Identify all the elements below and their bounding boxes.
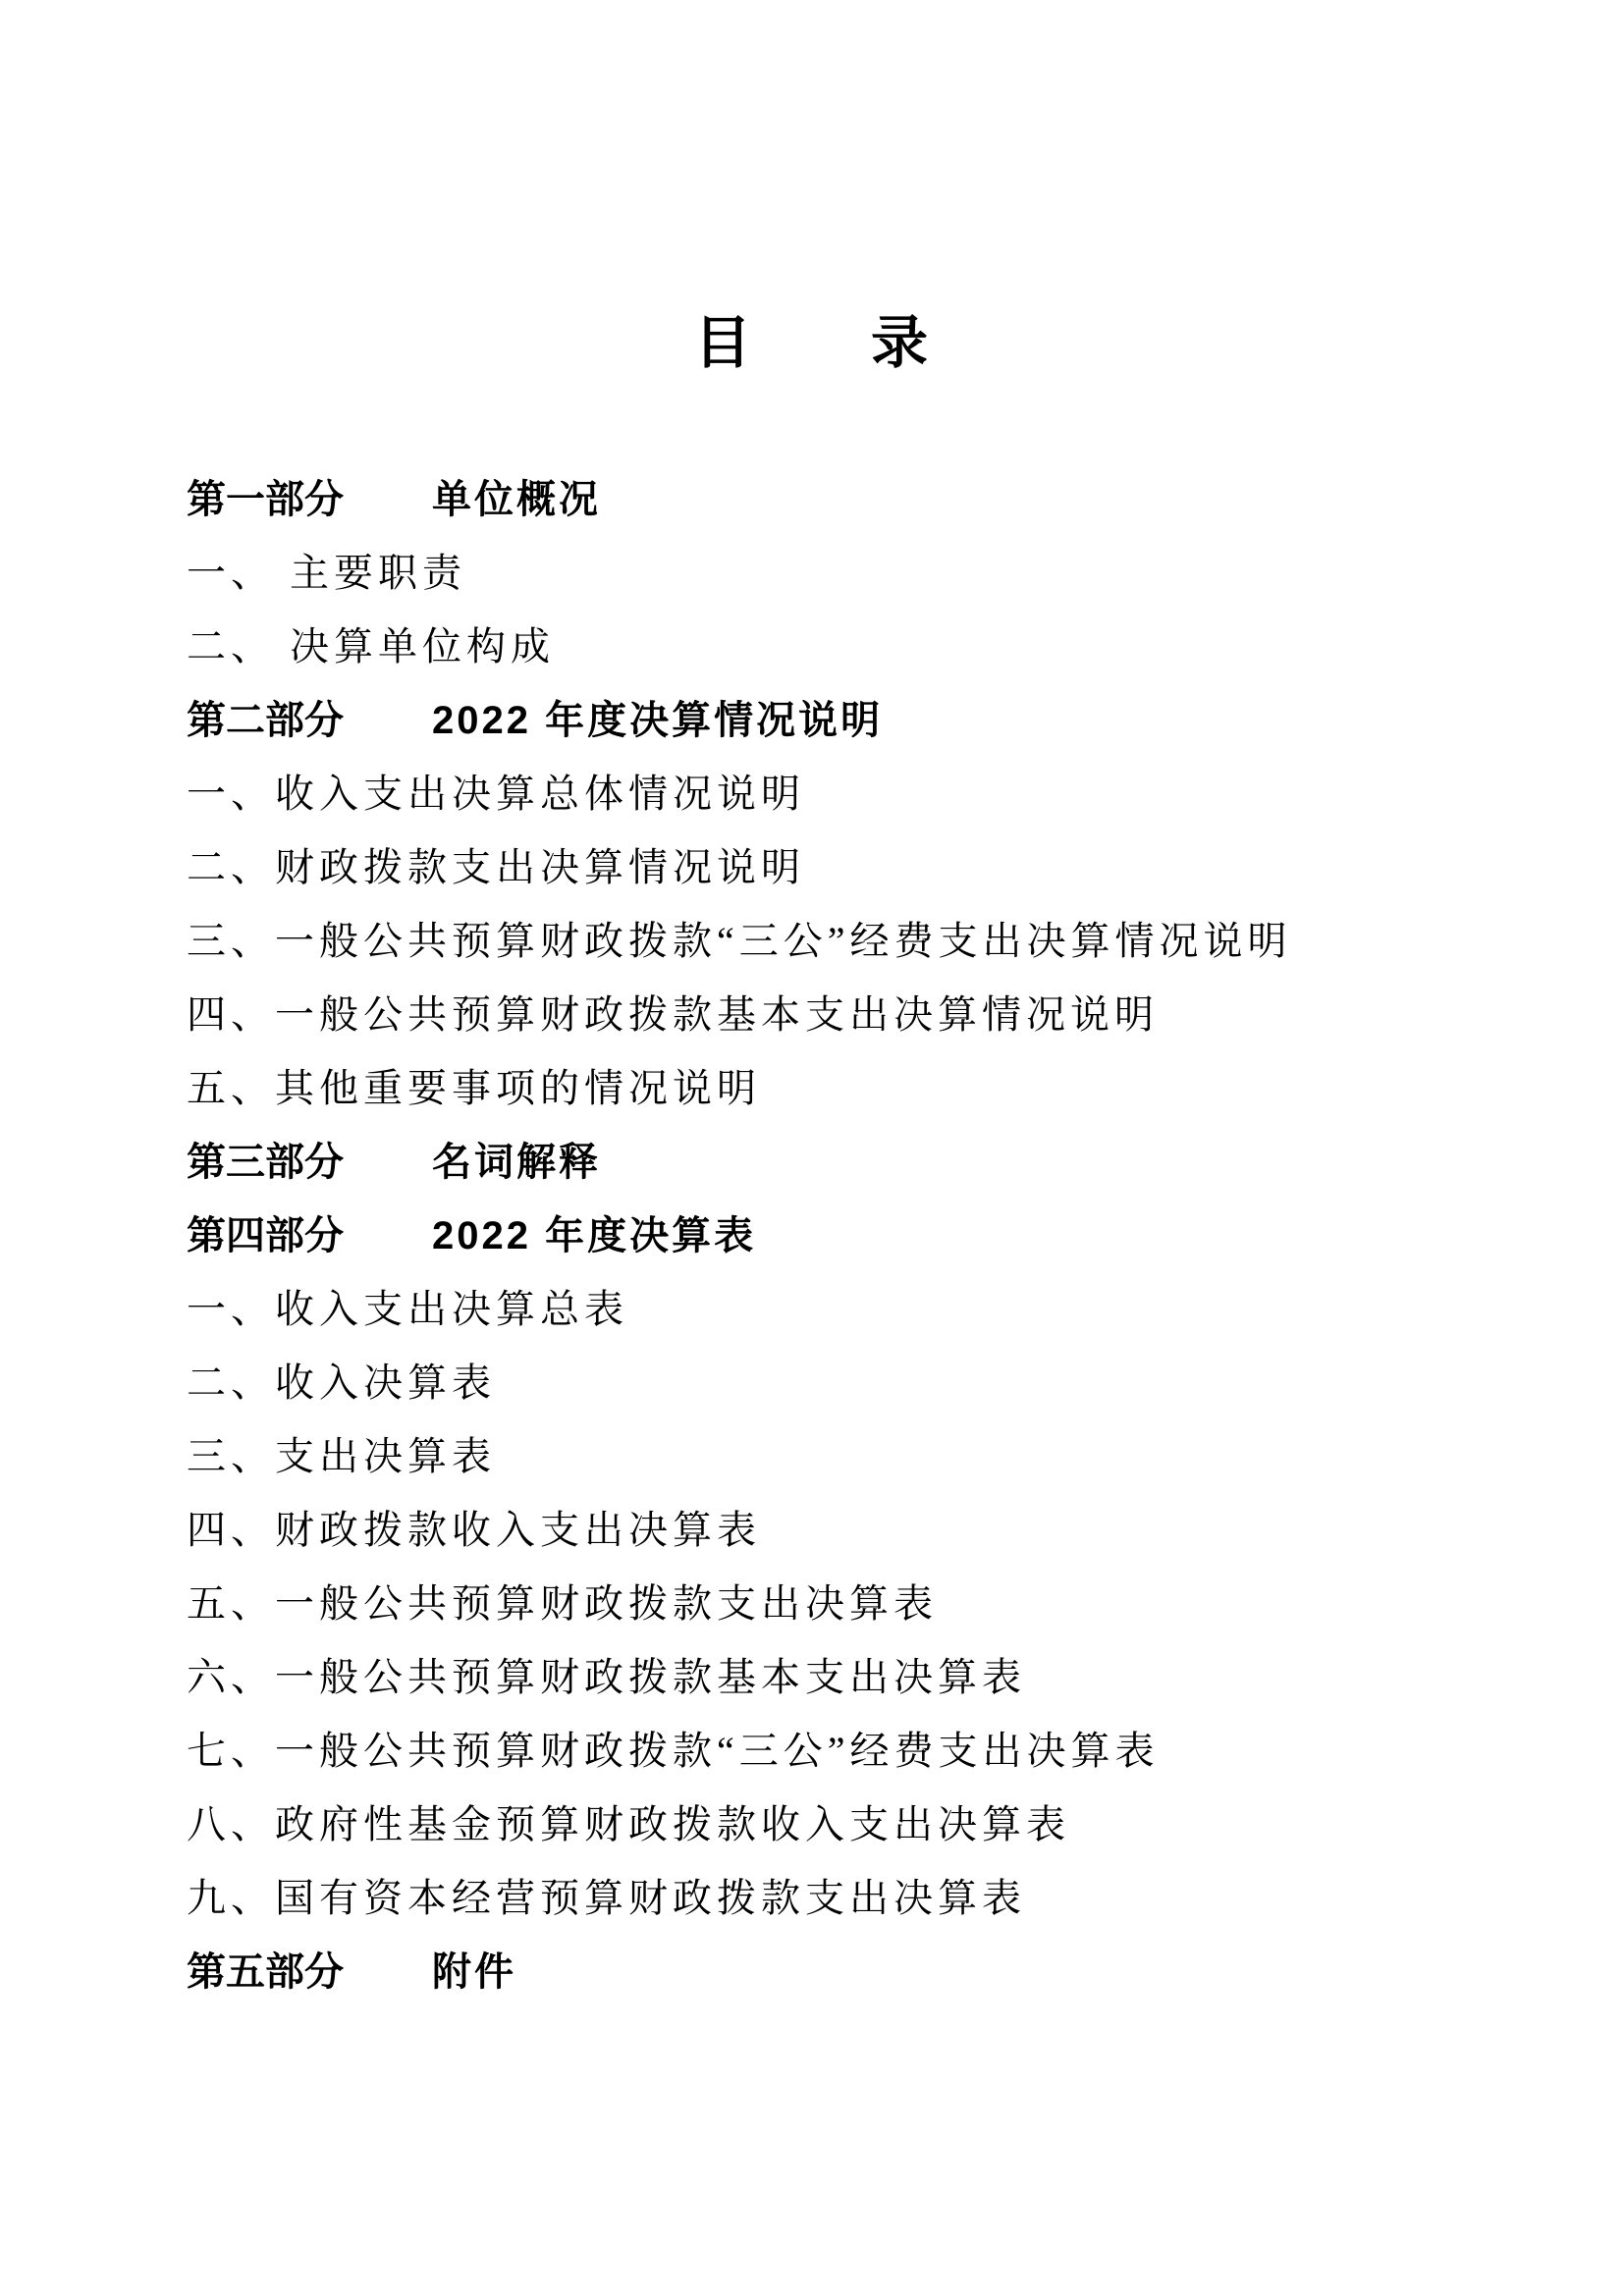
toc-item-text: 一、 主要职责 <box>187 542 466 598</box>
toc-item-text: 一、收入支出决算总表 <box>187 1278 628 1334</box>
toc-heading-part3: 第三部分 名词解释 <box>187 1122 1565 1196</box>
toc-item: 一、收入支出决算总体情况说明 <box>187 754 1565 828</box>
page-title: 目 录 <box>0 312 1624 375</box>
toc-item: 一、 主要职责 <box>187 533 1565 607</box>
toc-item-text: 五、一般公共预算财政拨款支出决算表 <box>187 1573 938 1629</box>
toc-item: 二、收入决算表 <box>187 1343 1565 1416</box>
toc-item: 五、一般公共预算财政拨款支出决算表 <box>187 1564 1565 1637</box>
toc-item-text: 六、一般公共预算财政拨款基本支出决算表 <box>187 1646 1026 1702</box>
table-of-contents: 第一部分 单位概况 一、 主要职责 二、 决算单位构成 第二部分 2022 年度… <box>187 459 1565 2005</box>
toc-item: 八、政府性基金预算财政拨款收入支出决算表 <box>187 1785 1565 1858</box>
toc-item: 四、一般公共预算财政拨款基本支出决算情况说明 <box>187 975 1565 1048</box>
toc-item: 四、财政拨款收入支出决算表 <box>187 1490 1565 1564</box>
toc-heading-part4: 第四部分 2022 年度决算表 <box>187 1196 1565 1269</box>
toc-item-text: 二、收入决算表 <box>187 1352 496 1408</box>
toc-item: 三、一般公共预算财政拨款“三公”经费支出决算情况说明 <box>187 901 1565 975</box>
part-title: 2022 年度决算表 <box>432 1204 756 1260</box>
document-page: 目 录 第一部分 单位概况 一、 主要职责 二、 决算单位构成 第二部分 202… <box>0 0 1624 2296</box>
toc-heading-part5: 第五部分 附件 <box>187 1932 1565 2005</box>
toc-item-text: 四、财政拨款收入支出决算表 <box>187 1499 761 1555</box>
toc-item: 六、一般公共预算财政拨款基本支出决算表 <box>187 1637 1565 1711</box>
part-title: 附件 <box>432 1941 516 1997</box>
toc-item-text: 二、 决算单位构成 <box>187 615 555 671</box>
toc-item-text: 四、一般公共预算财政拨款基本支出决算情况说明 <box>187 984 1159 1040</box>
toc-item: 七、一般公共预算财政拨款“三公”经费支出决算表 <box>187 1711 1565 1785</box>
toc-item-text: 一、收入支出决算总体情况说明 <box>187 763 805 819</box>
toc-item: 二、财政拨款支出决算情况说明 <box>187 828 1565 901</box>
toc-item-text: 七、一般公共预算财政拨款“三公”经费支出决算表 <box>187 1720 1160 1776</box>
toc-item: 九、国有资本经营预算财政拨款支出决算表 <box>187 1858 1565 1932</box>
toc-item-text: 八、政府性基金预算财政拨款收入支出决算表 <box>187 1793 1070 1849</box>
toc-item-text: 三、支出决算表 <box>187 1425 496 1481</box>
part-label: 第三部分 <box>187 1131 344 1187</box>
part-title: 单位概况 <box>432 468 601 524</box>
toc-item-text: 五、其他重要事项的情况说明 <box>187 1057 761 1113</box>
toc-item-text: 三、一般公共预算财政拨款“三公”经费支出决算情况说明 <box>187 910 1292 966</box>
toc-item: 三、支出决算表 <box>187 1416 1565 1490</box>
part-label: 第一部分 <box>187 468 344 524</box>
toc-item-text: 九、国有资本经营预算财政拨款支出决算表 <box>187 1867 1026 1923</box>
toc-item: 五、其他重要事项的情况说明 <box>187 1048 1565 1122</box>
part-label: 第五部分 <box>187 1941 344 1997</box>
toc-heading-part2: 第二部分 2022 年度决算情况说明 <box>187 680 1565 754</box>
toc-item: 二、 决算单位构成 <box>187 607 1565 680</box>
toc-item: 一、收入支出决算总表 <box>187 1269 1565 1343</box>
part-title: 名词解释 <box>432 1131 601 1187</box>
toc-heading-part1: 第一部分 单位概况 <box>187 459 1565 533</box>
part-label: 第二部分 <box>187 689 344 745</box>
part-title: 2022 年度决算情况说明 <box>432 689 883 745</box>
toc-item-text: 二、财政拨款支出决算情况说明 <box>187 836 805 892</box>
part-label: 第四部分 <box>187 1204 344 1260</box>
